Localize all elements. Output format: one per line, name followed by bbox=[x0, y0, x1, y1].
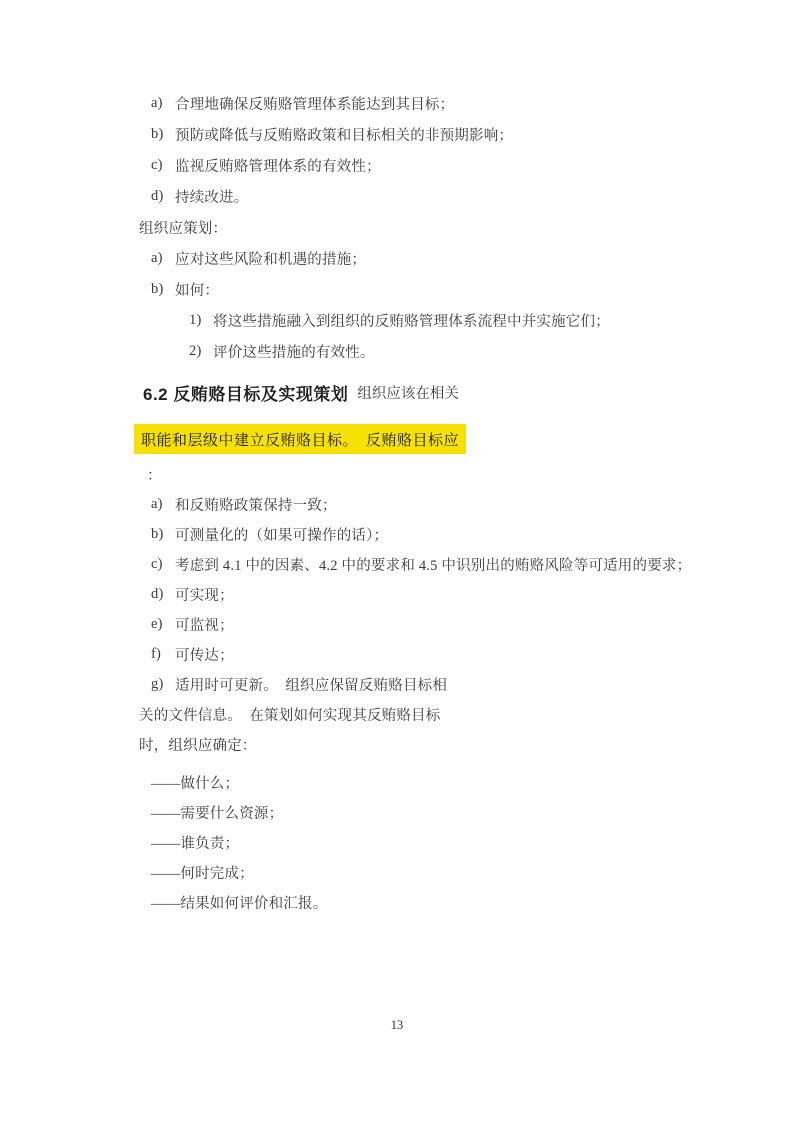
list-item: c) 考虑到 4.1 中的因素、4.2 中的要求和 4.5 中识别出的贿赂风险等… bbox=[139, 549, 744, 579]
list-item-label: e) bbox=[139, 616, 175, 633]
paragraph: 关的文件信息。 在策划如何实现其反贿赂目标 bbox=[139, 699, 744, 729]
page-content: a) 合理地确保反贿赂管理体系能达到其目标； b) 预防或降低与反贿赂政策和目标… bbox=[139, 88, 744, 917]
list-item: b) 如何： bbox=[139, 274, 744, 305]
highlighted-text: 职能和层级中建立反贿赂目标。 反贿赂目标应 bbox=[134, 424, 466, 454]
list-item-text: 如何： bbox=[175, 279, 219, 300]
list-item-label: d) bbox=[139, 188, 175, 205]
list-item-label: d) bbox=[139, 586, 175, 603]
dash-list-item-text: ——谁负责； bbox=[151, 832, 239, 853]
dash-list-item: ——结果如何评价和汇报。 bbox=[139, 887, 744, 917]
list-item: b) 预防或降低与反贿赂政策和目标相关的非预期影响； bbox=[139, 119, 744, 150]
list-item-label: c) bbox=[139, 157, 175, 174]
dash-list-item: ——何时完成； bbox=[139, 857, 744, 887]
highlight-row: 职能和层级中建立反贿赂目标。 反贿赂目标应 bbox=[139, 424, 744, 454]
list-item: a) 和反贿赂政策保持一致； bbox=[139, 489, 744, 519]
list-item-text: 可测量化的（如果可操作的话）； bbox=[175, 524, 388, 545]
list-item-text: 和反贿赂政策保持一致； bbox=[175, 494, 337, 515]
list-item-text: 可传达； bbox=[175, 644, 234, 665]
list-item-text: 适用时可更新。 组织应保留反贿赂目标相 bbox=[175, 674, 447, 695]
paragraph-text: 时，组织应确定： bbox=[139, 734, 257, 755]
paragraph-text: 关的文件信息。 在策划如何实现其反贿赂目标 bbox=[139, 704, 440, 725]
list-item: c) 监视反贿赂管理体系的有效性； bbox=[139, 150, 744, 181]
list-item-label: f) bbox=[139, 646, 175, 663]
list-item-text: 持续改进。 bbox=[175, 186, 249, 207]
list-item: g) 适用时可更新。 组织应保留反贿赂目标相 bbox=[139, 669, 744, 699]
sublist-item-text: 将这些措施融入到组织的反贿赂管理体系流程中并实施它们； bbox=[213, 310, 610, 331]
list-item-label: b) bbox=[139, 126, 175, 143]
sublist-item: 1) 将这些措施融入到组织的反贿赂管理体系流程中并实施它们； bbox=[139, 305, 744, 336]
list-item-text: 应对这些风险和机遇的措施； bbox=[175, 248, 366, 269]
list-item-label: c) bbox=[139, 556, 175, 573]
list-item-label: g) bbox=[139, 676, 175, 693]
dash-list-item: ——需要什么资源； bbox=[139, 797, 744, 827]
list-item: d) 可实现； bbox=[139, 579, 744, 609]
list-item-label: b) bbox=[139, 281, 175, 298]
list-item-text: 可实现； bbox=[175, 584, 234, 605]
orphan-colon: ： bbox=[139, 459, 744, 489]
list-item-label: a) bbox=[139, 496, 175, 513]
dash-list-item-text: ——需要什么资源； bbox=[151, 802, 283, 823]
list-item-text: 合理地确保反贿赂管理体系能达到其目标； bbox=[175, 93, 454, 114]
paragraph-text: 组织应策划： bbox=[139, 217, 227, 238]
orphan-colon-text: ： bbox=[147, 464, 162, 485]
list-item: e) 可监视； bbox=[139, 609, 744, 639]
section-heading-runon-text: 组织应该在相关 bbox=[357, 382, 459, 403]
sublist-item-text: 评价这些措施的有效性。 bbox=[213, 341, 375, 362]
page-number: 13 bbox=[0, 1018, 794, 1033]
section-heading: 6.2 反贿赂目标及实现策划 组织应该在相关 bbox=[139, 373, 744, 411]
list-item-text: 可监视； bbox=[175, 614, 234, 635]
list-item: f) 可传达； bbox=[139, 639, 744, 669]
document-page: a) 合理地确保反贿赂管理体系能达到其目标； b) 预防或降低与反贿赂政策和目标… bbox=[0, 0, 794, 1123]
list-item-text: 预防或降低与反贿赂政策和目标相关的非预期影响； bbox=[175, 124, 513, 145]
section-heading-title: 6.2 反贿赂目标及实现策划 bbox=[139, 380, 348, 405]
sublist-item-label: 2) bbox=[139, 343, 213, 360]
list-item: b) 可测量化的（如果可操作的话）； bbox=[139, 519, 744, 549]
list-item: a) 合理地确保反贿赂管理体系能达到其目标； bbox=[139, 88, 744, 119]
dash-list-item: ——做什么； bbox=[139, 767, 744, 797]
list-item-label: a) bbox=[139, 95, 175, 112]
list-item: d) 持续改进。 bbox=[139, 181, 744, 212]
list-item-text: 监视反贿赂管理体系的有效性； bbox=[175, 155, 381, 176]
list-item-text: 考虑到 4.1 中的因素、4.2 中的要求和 4.5 中识别出的贿赂风险等可适用… bbox=[175, 554, 691, 575]
dash-list-item-text: ——结果如何评价和汇报。 bbox=[151, 892, 327, 913]
list-item-label: b) bbox=[139, 526, 175, 543]
sublist-item-label: 1) bbox=[139, 312, 213, 329]
sublist-item: 2) 评价这些措施的有效性。 bbox=[139, 336, 744, 367]
dash-list-item: ——谁负责； bbox=[139, 827, 744, 857]
list-item: a) 应对这些风险和机遇的措施； bbox=[139, 243, 744, 274]
dash-list-item-text: ——何时完成； bbox=[151, 862, 254, 883]
list-item-label: a) bbox=[139, 250, 175, 267]
dash-list-item-text: ——做什么； bbox=[151, 772, 239, 793]
paragraph: 组织应策划： bbox=[139, 212, 744, 243]
paragraph: 时，组织应确定： bbox=[139, 729, 744, 759]
